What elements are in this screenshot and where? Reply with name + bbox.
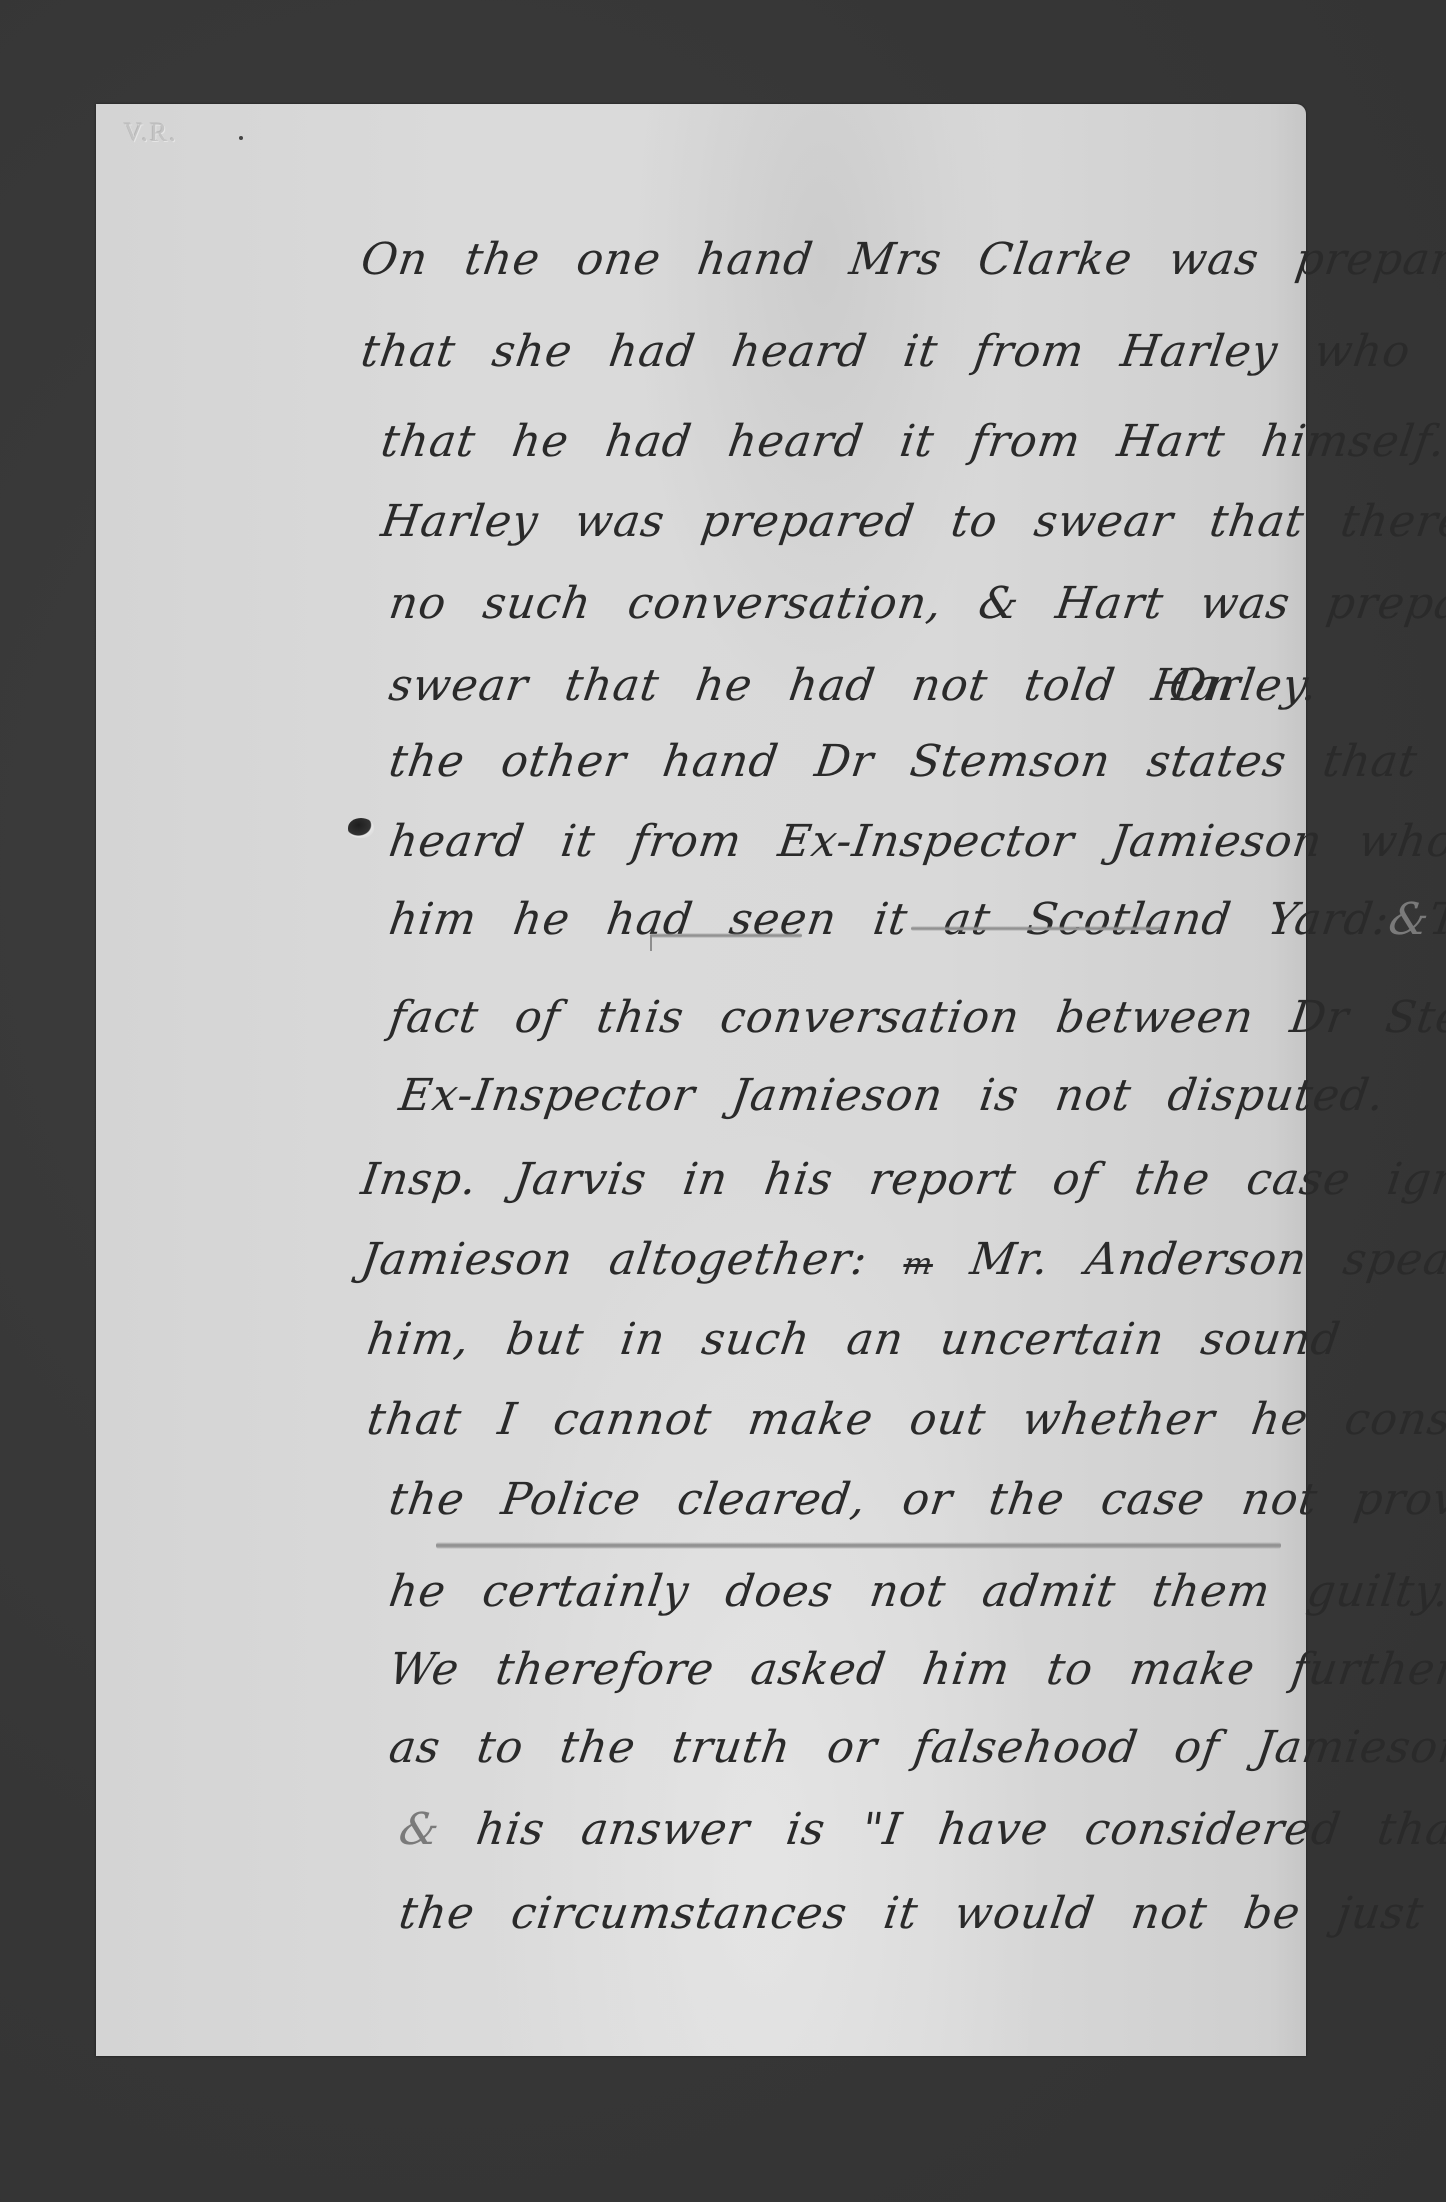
manuscript-line-12: Insp. Jarvis in his report of the case i… xyxy=(358,1154,1446,1205)
underlined-scotland-yard: Scotland Yard xyxy=(1024,894,1377,945)
pencil-underline-scotland-yard xyxy=(911,926,1161,931)
vr-emboss-mark: V.R. xyxy=(124,118,178,148)
line-9-mid: at xyxy=(941,894,994,945)
manuscript-line-21: the circumstances it would not be just o… xyxy=(396,1888,1446,1939)
struck-out-word: m xyxy=(901,1247,935,1282)
manuscript-line-3: that he had heard it from Hart himself. … xyxy=(378,416,1446,467)
pencil-tick-mark xyxy=(650,935,652,951)
manuscript-line-13: Jamieson altogether: m Mr. Anderson spea… xyxy=(358,1234,1446,1285)
manuscript-line-18: We therefore asked him to make further i… xyxy=(386,1644,1446,1695)
pencil-ampersand-2: & xyxy=(396,1804,443,1855)
manuscript-line-9: him he had seen it at Scotland Yard:&The xyxy=(386,894,1446,945)
manuscript-line-6: swear that he had not told Harley. On xyxy=(386,660,1321,711)
manuscript-line-8: heard it from Ex-Inspector Jamieson who … xyxy=(386,816,1446,867)
manuscript-line-15: that I cannot make out whether he consid… xyxy=(364,1394,1446,1445)
manuscript-line-11: Ex-Inspector Jamieson is not disputed. xyxy=(396,1070,1388,1121)
manuscript-line-2: that she had heard it from Harley who to… xyxy=(358,326,1446,377)
punch-hole xyxy=(348,818,374,838)
manuscript-page: V.R. On the one hand Mrs Clarke was prep… xyxy=(96,104,1306,2056)
pencil-underline-long xyxy=(436,1542,1281,1549)
manuscript-line-10: fact of this conversation between Dr Ste… xyxy=(386,992,1446,1043)
line-20-text: his answer is "I have considered that in xyxy=(473,1804,1446,1855)
manuscript-line-17: he certainly does not admit them guilty. xyxy=(386,1566,1446,1617)
line-13-post: Mr. Anderson speaks of xyxy=(967,1234,1446,1285)
manuscript-line-4: Harley was prepared to swear that there … xyxy=(378,496,1446,547)
pencil-underline-seen-it xyxy=(650,933,802,938)
manuscript-line-14: him, but in such an uncertain sound xyxy=(364,1314,1344,1365)
manuscript-line-20: & his answer is "I have considered that … xyxy=(396,1804,1446,1855)
line-13-pre: Jamieson altogether: xyxy=(358,1234,871,1285)
manuscript-line-7: the other hand Dr Stemson states that he xyxy=(386,736,1446,787)
line-6-tail: On xyxy=(1166,660,1240,711)
manuscript-line-19: as to the truth or falsehood of Jamieson… xyxy=(386,1722,1446,1773)
manuscript-line-5: no such conversation, & Hart was prepare… xyxy=(386,578,1446,629)
manuscript-line-16: the Police cleared, or the case not prov… xyxy=(386,1474,1446,1525)
manuscript-line-1: On the one hand Mrs Clarke was prepared … xyxy=(358,234,1446,285)
ink-speck xyxy=(239,136,243,140)
